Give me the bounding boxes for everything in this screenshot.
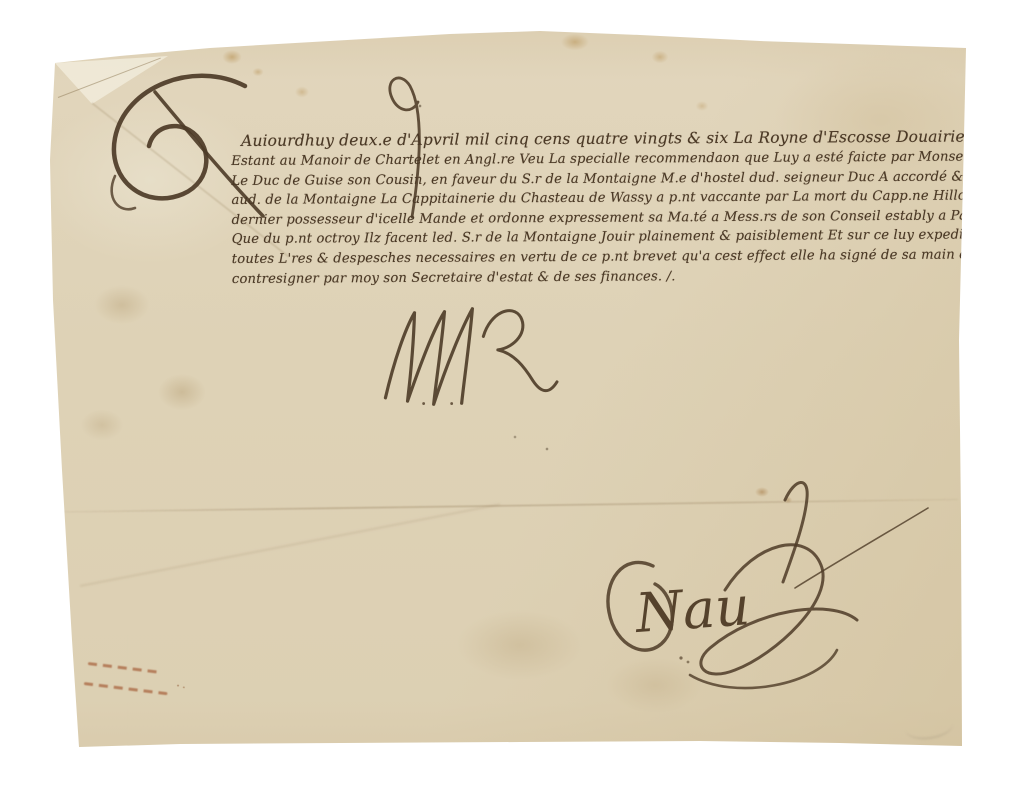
manuscript-text: Auiourdhuy deux.e d'Apvril mil cinq cens… (231, 125, 972, 289)
manuscript-line: contresigner par moy son Secretaire d'es… (232, 265, 972, 289)
archival-mark-line (88, 662, 160, 674)
photograph-background: Auiourdhuy deux.e d'Apvril mil cinq cens… (0, 0, 1024, 797)
nau-signature-label: Nau (632, 574, 752, 645)
diagonal-crease (80, 503, 501, 587)
archival-mark-dots (176, 683, 186, 688)
nau-signature: Nau (595, 470, 945, 710)
long-pen-stroke-icon (795, 508, 928, 588)
vellum-document: Auiourdhuy deux.e d'Apvril mil cinq cens… (0, 0, 1024, 797)
faint-pencil-mark (904, 712, 955, 742)
marie-r-signature (370, 300, 564, 412)
marie-r-signature-label: MARIE R (0, 0, 1, 1)
archival-mark-line (84, 682, 168, 695)
